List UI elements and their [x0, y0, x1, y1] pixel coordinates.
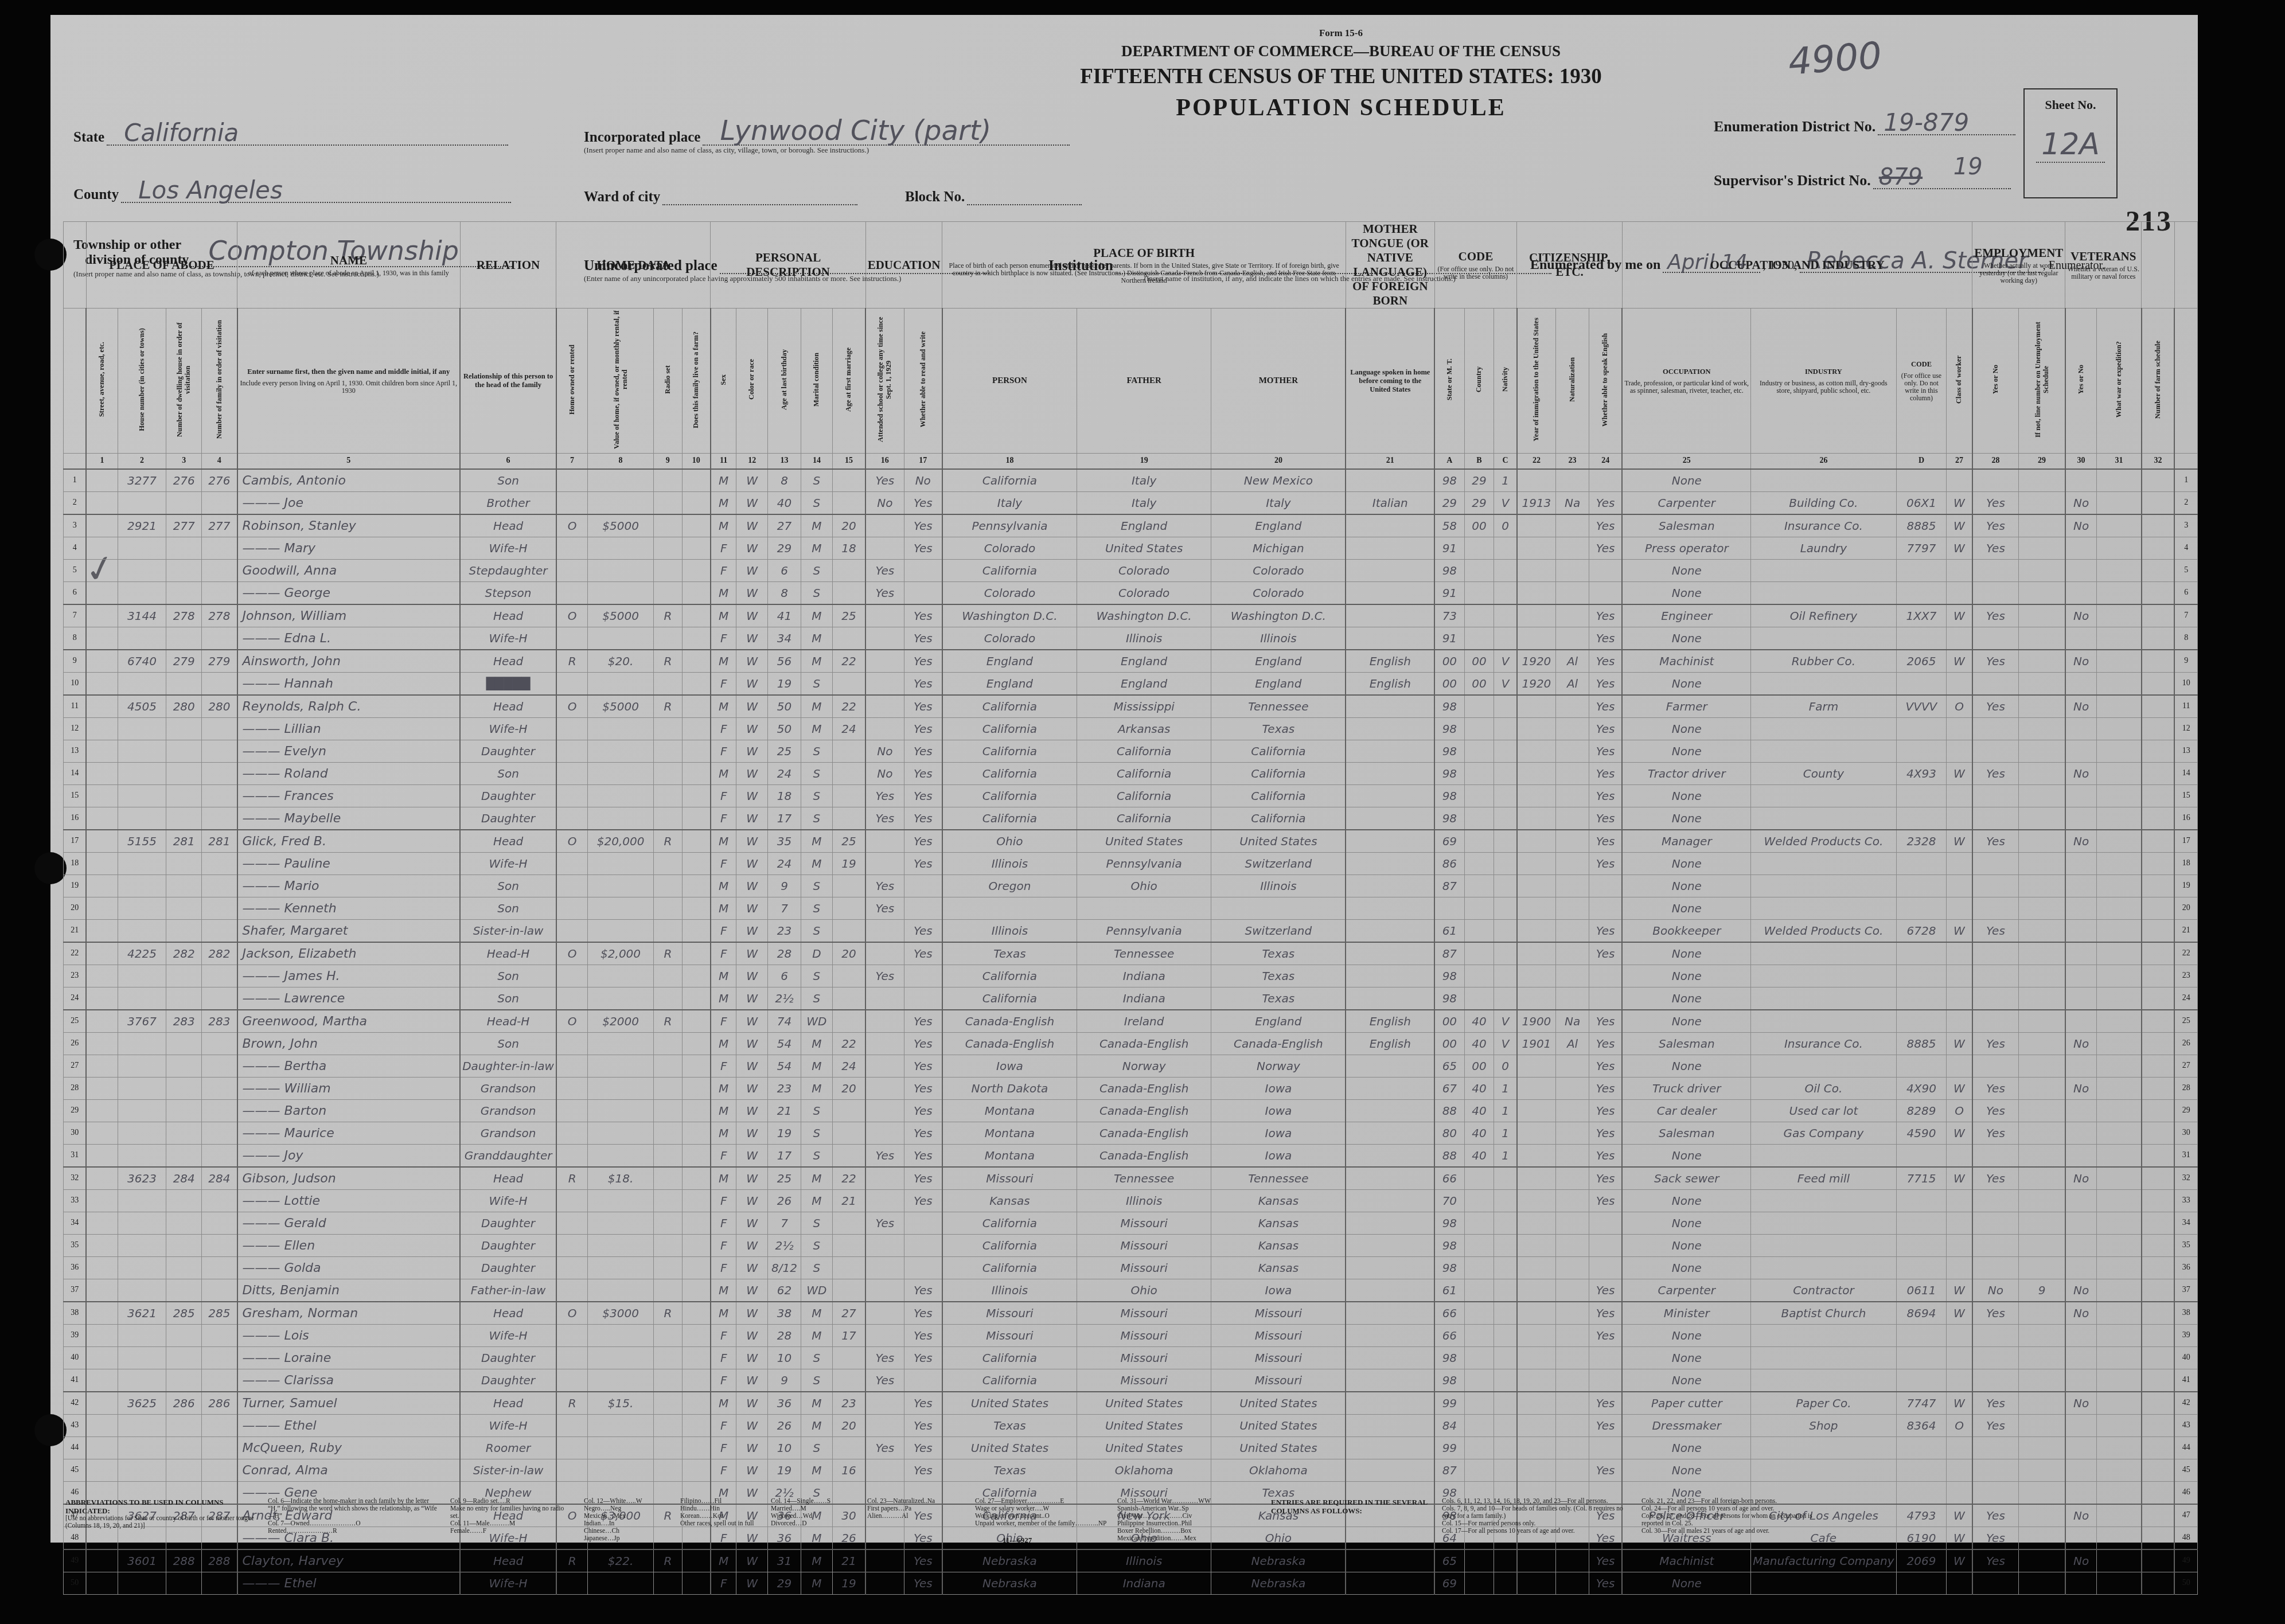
cell: Yes	[1972, 1392, 2019, 1415]
cell: Manager	[1622, 830, 1750, 853]
cell: M	[801, 1302, 832, 1325]
cell: M	[801, 514, 832, 537]
cell: W	[1947, 1033, 1972, 1055]
cell	[1896, 1235, 1947, 1257]
line-number-right: 18	[2174, 853, 2197, 875]
cell	[2142, 560, 2175, 582]
cell	[2097, 1437, 2142, 1459]
cell: Salesman	[1622, 1122, 1750, 1145]
footer-line: Other races, spell out in full	[680, 1520, 761, 1528]
cell: 28	[768, 1325, 801, 1347]
cell: M	[711, 492, 736, 515]
column-number: 29	[2019, 454, 2065, 470]
table-row: 19——— MarioSonMW9SYesOregonOhioIllinois8…	[64, 875, 2198, 897]
cell	[588, 1235, 654, 1257]
cell: Yes	[1589, 807, 1622, 830]
cell	[2019, 1257, 2065, 1279]
cell	[1517, 1392, 1556, 1415]
cell: 98	[1434, 740, 1464, 763]
cell	[1346, 897, 1434, 920]
cell: Granddaughter	[460, 1145, 556, 1168]
cell: No	[865, 763, 904, 785]
cell	[1346, 582, 1434, 605]
column-header-text: If not, line number on Unemployment Sche…	[2034, 309, 2050, 450]
cell	[2019, 1145, 2065, 1168]
cell: Yes	[1589, 537, 1622, 560]
column-number	[2174, 454, 2197, 470]
line-number-right: 25	[2174, 1010, 2197, 1033]
cell	[1464, 1257, 1494, 1279]
line-number-left: 12	[64, 718, 87, 740]
cell	[2097, 763, 2142, 785]
cell	[2097, 1415, 2142, 1437]
column-header-text: (For office use only. Do not write in th…	[1898, 372, 1945, 402]
cell: 00	[1464, 650, 1494, 673]
table-row: 27——— BerthaDaughter-in-lawFW54M24YesIow…	[64, 1055, 2198, 1078]
cell: F	[711, 1347, 736, 1369]
cell	[1494, 1167, 1517, 1190]
cell: S	[801, 1347, 832, 1369]
cell	[1556, 965, 1589, 987]
cell	[588, 1122, 654, 1145]
cell	[1346, 987, 1434, 1010]
cell: 277	[166, 514, 202, 537]
cell	[653, 853, 682, 875]
cell	[1346, 763, 1434, 785]
footer-line: Negro…..Neg	[584, 1505, 670, 1513]
cell	[682, 1212, 711, 1235]
line-number-left: 1	[64, 469, 87, 492]
cell: M	[801, 1078, 832, 1100]
cell	[682, 1145, 711, 1168]
column-group-header: CITIZENSHIP, ETC.	[1517, 222, 1623, 309]
cell	[1556, 942, 1589, 965]
cell	[556, 627, 588, 650]
cell	[1517, 1459, 1556, 1482]
cell	[1947, 560, 1972, 582]
cell: California	[942, 763, 1077, 785]
cell	[1896, 1325, 1947, 1347]
cell: Yes	[904, 650, 942, 673]
cell	[653, 965, 682, 987]
cell: Texas	[1211, 987, 1346, 1010]
cell	[202, 492, 237, 515]
cell: V	[1494, 673, 1517, 696]
cell	[1589, 1369, 1622, 1392]
cell: No	[2065, 604, 2097, 627]
cell	[202, 627, 237, 650]
cell	[2019, 875, 2065, 897]
line-number-right: 36	[2174, 1257, 2197, 1279]
cell: 2065	[1896, 650, 1947, 673]
cell: $5000	[588, 695, 654, 718]
cell: Greenwood, Martha	[237, 1010, 461, 1033]
cell	[556, 920, 588, 943]
cell	[202, 875, 237, 897]
cell: 26	[768, 1415, 801, 1437]
cell: No	[2065, 650, 2097, 673]
cell	[2019, 1010, 2065, 1033]
cell	[1517, 695, 1556, 718]
cell	[1494, 830, 1517, 853]
cell: Missouri	[1077, 1302, 1211, 1325]
cell: ——— Mario	[237, 875, 461, 897]
cell	[2065, 673, 2097, 696]
cell: Yes	[1589, 785, 1622, 807]
cell	[2097, 920, 2142, 943]
cell: Yes	[904, 785, 942, 807]
cell: 98	[1434, 718, 1464, 740]
cell: W	[736, 1347, 768, 1369]
column-number: 32	[2142, 454, 2175, 470]
cell: None	[1622, 942, 1750, 965]
cell: Yes	[1589, 1100, 1622, 1122]
cell	[86, 1167, 118, 1190]
cell	[1947, 1572, 1972, 1595]
cell: ——— Hannah	[237, 673, 461, 696]
line-number-right: 40	[2174, 1347, 2197, 1369]
sheet-number-box: Sheet No. 12A	[2023, 88, 2118, 198]
cell	[942, 897, 1077, 920]
cell	[1556, 1572, 1589, 1595]
cell: Yes	[904, 604, 942, 627]
cell	[1517, 1212, 1556, 1235]
table-row: 5Goodwill, AnnaStepdaughterFW6SYesCalifo…	[64, 560, 2198, 582]
cell: S	[801, 1122, 832, 1145]
cell	[682, 514, 711, 537]
cell: S	[801, 582, 832, 605]
cell	[2142, 1212, 2175, 1235]
footer-line: Col. 6—Indicate the home-maker in each f…	[268, 1498, 440, 1520]
cell: Pennsylvania	[1077, 853, 1211, 875]
cell: F	[711, 942, 736, 965]
footer-line: Col. 17—For all persons 10 years of age …	[1442, 1528, 1631, 1535]
cell: 18	[768, 785, 801, 807]
cell: 2½	[768, 987, 801, 1010]
line-number-right: 16	[2174, 807, 2197, 830]
line-number-left: 49	[64, 1549, 87, 1572]
cell	[166, 1369, 202, 1392]
cell: Missouri	[1077, 1325, 1211, 1347]
cell: M	[711, 1122, 736, 1145]
cell	[202, 740, 237, 763]
cell	[588, 718, 654, 740]
cell	[865, 1100, 904, 1122]
cell: S	[801, 740, 832, 763]
cell	[1517, 987, 1556, 1010]
table-row: 21Shafer, MargaretSister-in-lawFW23SYesI…	[64, 920, 2198, 943]
line-number-left: 15	[64, 785, 87, 807]
line-number-left: 31	[64, 1145, 87, 1168]
cell: Ohio	[942, 830, 1077, 853]
cell	[1947, 740, 1972, 763]
cell: Wife-H	[460, 1415, 556, 1437]
cell: Yes	[1972, 1302, 2019, 1325]
footer-block: Col. 9—Radio set….RMake no entry for fam…	[450, 1498, 574, 1535]
cell: Laundry	[1751, 537, 1896, 560]
cell: 282	[166, 942, 202, 965]
cell	[86, 1279, 118, 1302]
cell: R	[556, 650, 588, 673]
cell	[653, 1235, 682, 1257]
cell	[2142, 604, 2175, 627]
cell	[118, 740, 166, 763]
cell: Al	[1556, 1033, 1589, 1055]
cell: 98	[1434, 469, 1464, 492]
cell: D	[801, 942, 832, 965]
block-field: Block No.	[905, 187, 1082, 205]
column-group-header: HOME DATA	[556, 222, 711, 309]
column-header-text: Value of home, if owned, or monthly rent…	[613, 309, 629, 450]
cell: 19	[768, 1122, 801, 1145]
cell	[202, 853, 237, 875]
cell	[1464, 853, 1494, 875]
cell: 8/12	[768, 1257, 801, 1279]
column-number: 27	[1947, 454, 1972, 470]
footer-line: Divorced…D	[771, 1520, 857, 1528]
cell	[2019, 965, 2065, 987]
cell	[1464, 1190, 1494, 1212]
column-header	[64, 309, 87, 454]
schedule-subtitle: POPULATION SCHEDULE	[939, 94, 1742, 122]
cell	[556, 1459, 588, 1482]
cell: Yes	[1589, 604, 1622, 627]
cell: 20	[832, 1078, 865, 1100]
cell	[1972, 469, 2019, 492]
cell	[166, 1100, 202, 1122]
cell	[2019, 469, 2065, 492]
cell: Son	[460, 897, 556, 920]
cell: $5000	[588, 604, 654, 627]
cell	[832, 785, 865, 807]
cell	[653, 1369, 682, 1392]
cell: No	[865, 492, 904, 515]
cell	[1972, 942, 2019, 965]
footer-line: Col. 15—For married persons only.	[1442, 1520, 1631, 1528]
cell	[166, 1347, 202, 1369]
cell: 288	[166, 1549, 202, 1572]
cell	[2097, 807, 2142, 830]
cell: Texas	[942, 1459, 1077, 1482]
cell	[86, 740, 118, 763]
cell	[2142, 965, 2175, 987]
cell: California	[942, 695, 1077, 718]
cell: Kansas	[1211, 1235, 1346, 1257]
table-row: 12——— LillianWife-HFW50M24YesCaliforniaA…	[64, 718, 2198, 740]
cell: Yes	[1972, 537, 2019, 560]
cell: Yes	[904, 695, 942, 718]
cell: 2328	[1896, 830, 1947, 853]
cell	[1346, 604, 1434, 627]
cell: None	[1622, 785, 1750, 807]
footer-line: Boxer Rebellion………Box	[1117, 1528, 1261, 1535]
column-group-header: MOTHER TONGUE (OR NATIVE LANGUAGE) OF FO…	[1346, 222, 1434, 309]
cell: ——— James H.	[237, 965, 461, 987]
line-number-left: 42	[64, 1392, 87, 1415]
cell	[1494, 1235, 1517, 1257]
cell: $2000	[588, 1010, 654, 1033]
cell: Yes	[1589, 1122, 1622, 1145]
footer-line: Widowed…Wd	[771, 1513, 857, 1520]
cell: 1920	[1517, 650, 1556, 673]
cell	[1346, 965, 1434, 987]
cell	[2097, 1167, 2142, 1190]
cell	[1896, 897, 1947, 920]
cell	[1517, 469, 1556, 492]
column-number: 19	[1077, 454, 1211, 470]
cell	[2097, 1078, 2142, 1100]
cell: W	[736, 627, 768, 650]
cell	[1517, 830, 1556, 853]
cell: 3623	[118, 1167, 166, 1190]
cell	[653, 1415, 682, 1437]
cell	[588, 1257, 654, 1279]
cell	[2142, 1235, 2175, 1257]
cell: M	[801, 604, 832, 627]
column-number: 3	[166, 454, 202, 470]
line-number-right: 9	[2174, 650, 2197, 673]
cell	[1896, 785, 1947, 807]
cell: 8885	[1896, 514, 1947, 537]
cell	[1896, 1572, 1947, 1595]
cell	[1494, 1212, 1517, 1235]
cell: 87	[1434, 1459, 1464, 1482]
cell	[682, 1572, 711, 1595]
cell	[1896, 987, 1947, 1010]
cell	[1464, 1235, 1494, 1257]
cell	[1517, 1415, 1556, 1437]
cell: Head	[460, 695, 556, 718]
cell: 28	[768, 942, 801, 965]
cell: Yes	[865, 875, 904, 897]
cell: Yes	[1589, 920, 1622, 943]
footer-abbreviations: ABBREVIATIONS TO BE USED IN COLUMNS INDI…	[65, 1498, 2182, 1543]
column-header-text: Radio set	[664, 365, 672, 394]
footer-line: Filipino……Fil	[680, 1498, 761, 1505]
cell: Yes	[1589, 514, 1622, 537]
cell: Missouri	[1211, 1325, 1346, 1347]
cell: 19	[832, 853, 865, 875]
cell	[1346, 853, 1434, 875]
cell	[1464, 965, 1494, 987]
cell	[1556, 1212, 1589, 1235]
cell: M	[801, 1459, 832, 1482]
cell	[1972, 785, 2019, 807]
cell	[1346, 1415, 1434, 1437]
cell	[86, 1325, 118, 1347]
column-header-text: Trade, profession, or particular kind of…	[1624, 380, 1749, 395]
cell: V	[1494, 492, 1517, 515]
cell: Sister-in-law	[460, 920, 556, 943]
cell: Wife-H	[460, 1325, 556, 1347]
cell: Canada-English	[942, 1033, 1077, 1055]
cell	[166, 1459, 202, 1482]
line-number-left: 11	[64, 695, 87, 718]
line-number-left: 24	[64, 987, 87, 1010]
cell: W	[736, 560, 768, 582]
cell: Car dealer	[1622, 1100, 1750, 1122]
table-row: 43——— EthelWife-HFW26M20YesTexasUnited S…	[64, 1415, 2198, 1437]
cell	[2065, 1369, 2097, 1392]
cell	[865, 1549, 904, 1572]
cell: W	[736, 1437, 768, 1459]
cell: M	[801, 1055, 832, 1078]
cell	[2019, 1122, 2065, 1145]
cell	[556, 785, 588, 807]
cell: Head	[460, 1392, 556, 1415]
column-number: 11	[711, 454, 736, 470]
cell	[2142, 875, 2175, 897]
cell	[1751, 673, 1896, 696]
cell	[1751, 1257, 1896, 1279]
cell	[682, 1369, 711, 1392]
cell	[166, 582, 202, 605]
cell: 9	[768, 875, 801, 897]
cell	[1346, 514, 1434, 537]
cell: 38	[768, 1302, 801, 1325]
cell: None	[1622, 740, 1750, 763]
cell: F	[711, 627, 736, 650]
cell	[682, 763, 711, 785]
cell: Sister-in-law	[460, 1459, 556, 1482]
cell: No	[2065, 1392, 2097, 1415]
cell: W	[1947, 1078, 1972, 1100]
cell: 87	[1434, 942, 1464, 965]
cell: California	[942, 1369, 1077, 1392]
cell	[1751, 1190, 1896, 1212]
hole-punch-icon	[34, 239, 67, 271]
cell	[2065, 920, 2097, 943]
cell	[1346, 469, 1434, 492]
cell: Salesman	[1622, 1033, 1750, 1055]
cell: F	[711, 537, 736, 560]
column-header-text: Class of worker	[1955, 356, 1963, 404]
cell	[2019, 1392, 2065, 1415]
cell	[1211, 897, 1346, 920]
cell	[86, 763, 118, 785]
cell	[1517, 1257, 1556, 1279]
cell	[86, 469, 118, 492]
county-field: County Los Angeles	[73, 185, 511, 203]
cell	[832, 1212, 865, 1235]
cell: California	[942, 965, 1077, 987]
state-label: State	[73, 130, 104, 145]
cell: California	[942, 740, 1077, 763]
column-header-text: Include every person living on April 1, …	[240, 380, 458, 395]
cell	[166, 1257, 202, 1279]
cell: M	[711, 1302, 736, 1325]
cell	[1464, 604, 1494, 627]
cell: Yes	[904, 942, 942, 965]
cell	[202, 1415, 237, 1437]
cell: Head-H	[460, 942, 556, 965]
cell	[1972, 740, 2019, 763]
sheet-label: Sheet No.	[2025, 97, 2116, 112]
cell	[865, 650, 904, 673]
cell	[1751, 718, 1896, 740]
cell: California	[942, 807, 1077, 830]
cell	[1751, 987, 1896, 1010]
cell	[588, 1369, 654, 1392]
column-header: INDUSTRYIndustry or business, as cotton …	[1751, 309, 1896, 454]
cell: Colorado	[942, 582, 1077, 605]
column-header-text: Home owned or rented	[568, 345, 576, 415]
cell: Insurance Co.	[1751, 1033, 1896, 1055]
cell	[1517, 875, 1556, 897]
cell: 281	[202, 830, 237, 853]
cell	[1464, 1369, 1494, 1392]
column-number: 5	[237, 454, 461, 470]
